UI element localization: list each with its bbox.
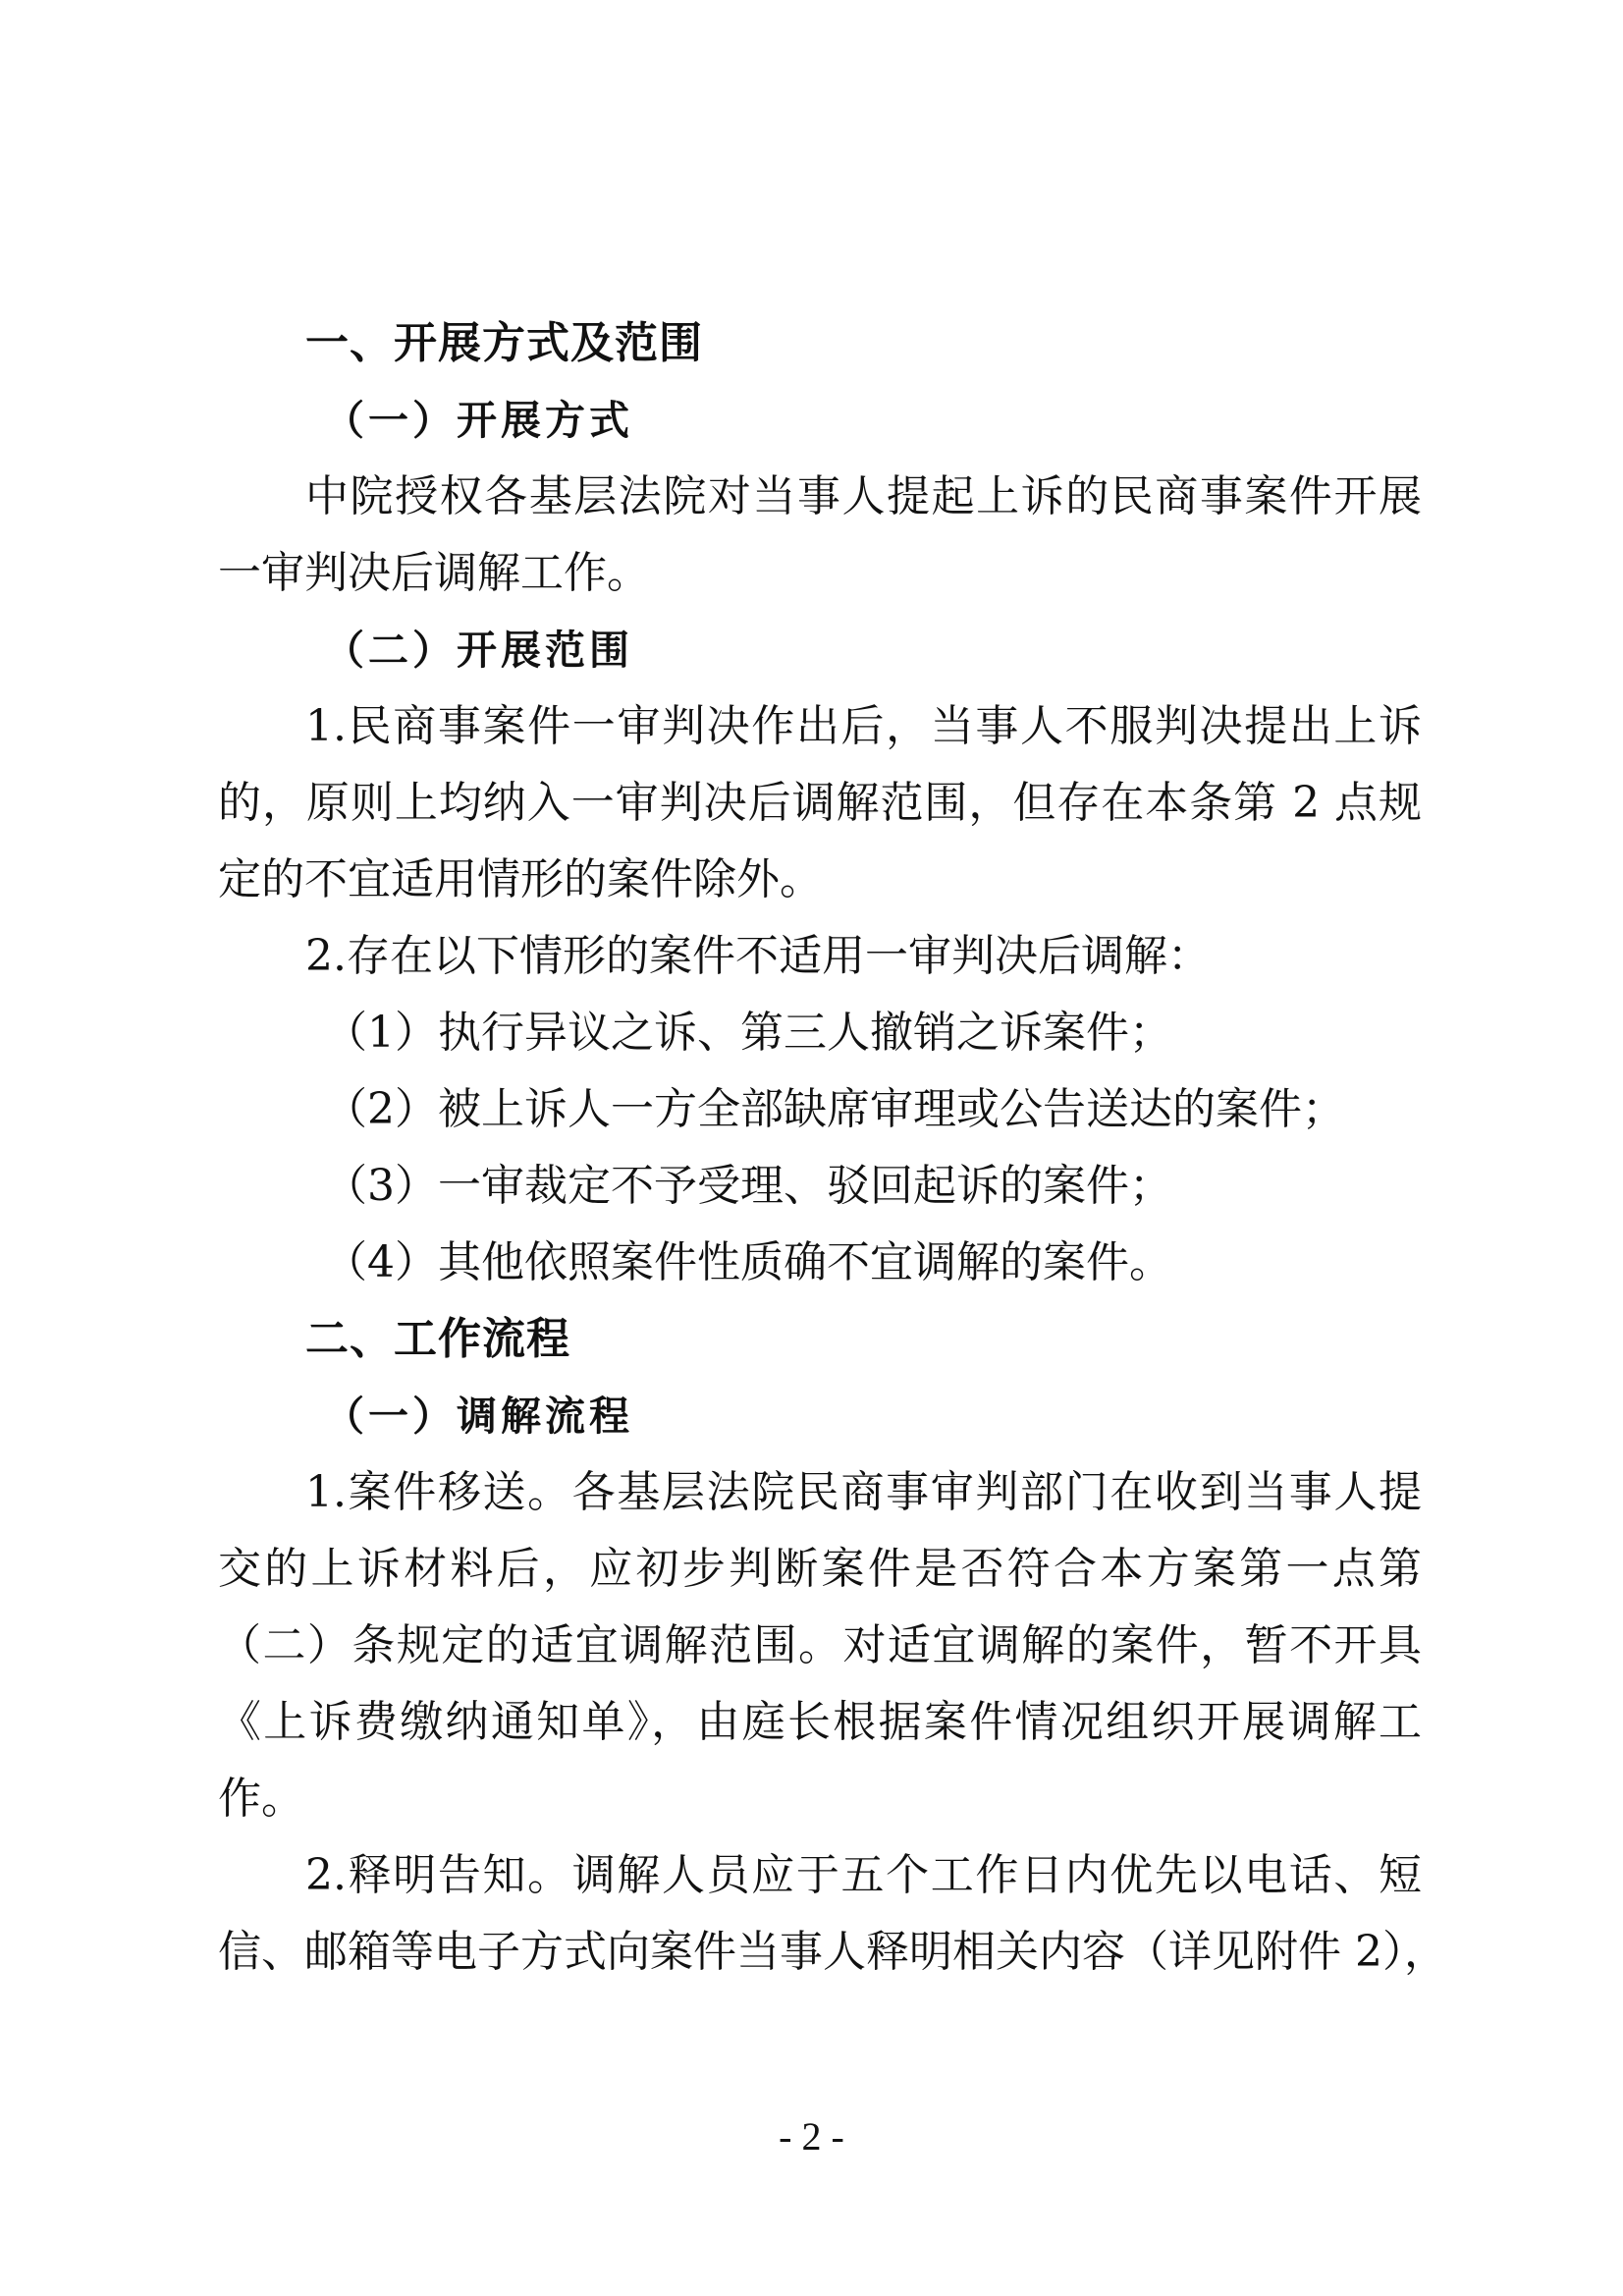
paragraph-line: 1.案件移送。各基层法院民商事审判部门在收到当事人提 xyxy=(305,1465,1422,1520)
paragraph-line: 2.存在以下情形的案件不适用一审判决后调解： xyxy=(305,929,1422,984)
list-item: （4）其他依照案件性质确不宜调解的案件。 xyxy=(324,1235,1528,1290)
subsection-heading-2-1: （一）调解流程 xyxy=(324,1389,1528,1444)
paragraph-line: 定的不宜适用情形的案件除外。 xyxy=(218,852,1422,907)
paragraph-line: 《上诉费缴纳通知单》，由庭长根据案件情况组织开展调解工 xyxy=(218,1695,1422,1750)
section-heading-2: 二、工作流程 xyxy=(305,1312,1509,1367)
paragraph-line: 中院授权各基层法院对当事人提起上诉的民商事案件开展 xyxy=(305,469,1422,524)
list-item: （2）被上诉人一方全部缺席审理或公告送达的案件； xyxy=(324,1082,1528,1137)
paragraph-line: 的，原则上均纳入一审判决后调解范围，但存在本条第 2 点规 xyxy=(218,776,1422,831)
page-number: - 2 - xyxy=(0,2113,1623,2159)
paragraph-line: （二）条规定的适宜调解范围。对适宜调解的案件，暂不开具 xyxy=(218,1618,1422,1673)
list-item: （3）一审裁定不予受理、驳回起诉的案件； xyxy=(324,1159,1528,1214)
section-heading-1: 一、开展方式及范围 xyxy=(305,316,1509,371)
list-item: （1）执行异议之诉、第三人撤销之诉案件； xyxy=(324,1006,1528,1061)
paragraph-line: 交的上诉材料后，应初步判断案件是否符合本方案第一点第 xyxy=(218,1542,1422,1597)
paragraph-line: 一审判决后调解工作。 xyxy=(218,546,1422,601)
paragraph-line: 1.民商事案件一审判决作出后，当事人不服判决提出上诉 xyxy=(305,699,1422,754)
subsection-heading-1-2: （二）开展范围 xyxy=(324,623,1528,678)
subsection-heading-1-1: （一）开展方式 xyxy=(324,393,1528,448)
paragraph-line: 2.释明告知。调解人员应于五个工作日内优先以电话、短 xyxy=(305,1848,1422,1903)
paragraph-line: 作。 xyxy=(218,1772,1422,1827)
paragraph-line: 信、邮箱等电子方式向案件当事人释明相关内容（详见附件 2）， xyxy=(218,1925,1422,1980)
